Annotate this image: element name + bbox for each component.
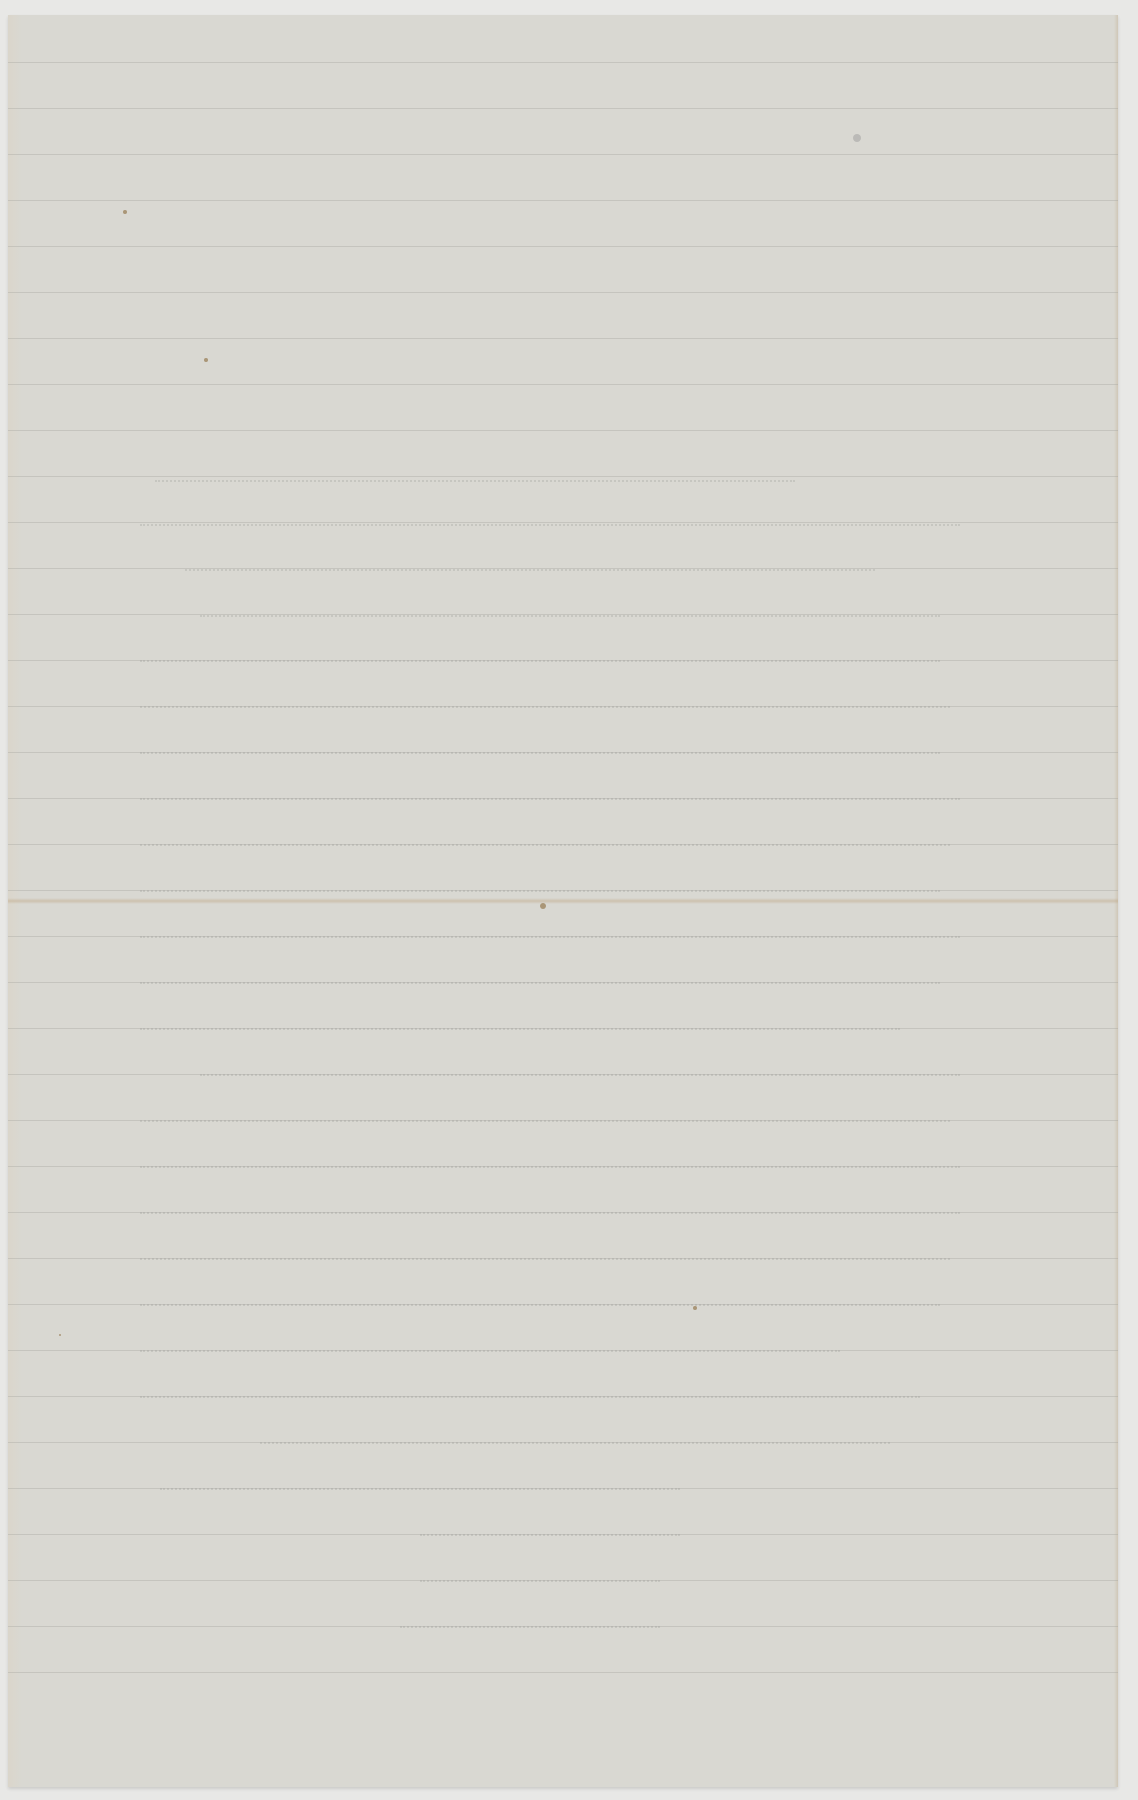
bleed-through-handwriting bbox=[200, 1062, 960, 1076]
foxing-spot bbox=[204, 358, 208, 362]
bleed-through-handwriting bbox=[420, 1522, 680, 1536]
ruled-line bbox=[8, 62, 1118, 63]
bleed-through-handwriting bbox=[140, 740, 940, 754]
foxing-spot bbox=[693, 1306, 697, 1310]
ruled-line bbox=[8, 338, 1118, 339]
ruled-line bbox=[8, 384, 1118, 385]
ruled-line bbox=[8, 108, 1118, 109]
foxing-spot bbox=[540, 903, 546, 909]
paper-sheet: Blank ruled page with faint bleed-throug… bbox=[8, 15, 1118, 1787]
bleed-through-handwriting bbox=[140, 832, 950, 846]
bleed-through-handwriting bbox=[160, 1476, 680, 1490]
ruled-line bbox=[8, 246, 1118, 247]
ruled-line bbox=[8, 1672, 1118, 1673]
bleed-through-handwriting bbox=[140, 1246, 950, 1260]
ruled-line bbox=[8, 430, 1118, 431]
bleed-through-handwriting bbox=[185, 557, 875, 571]
bleed-through-handwriting bbox=[140, 1200, 960, 1214]
bleed-through-handwriting bbox=[140, 648, 940, 662]
foxing-spot bbox=[853, 134, 861, 142]
bleed-through-handwriting bbox=[140, 924, 960, 938]
bleed-through-handwriting bbox=[140, 1292, 940, 1306]
bleed-through-handwriting bbox=[140, 694, 950, 708]
bleed-through-handwriting bbox=[140, 1154, 960, 1168]
foxing-spot bbox=[59, 1334, 61, 1336]
ruled-line bbox=[8, 292, 1118, 293]
bleed-through-handwriting bbox=[140, 1016, 900, 1030]
bleed-through-handwriting bbox=[140, 970, 940, 984]
bleed-through-handwriting bbox=[140, 1384, 920, 1398]
bleed-through-handwriting bbox=[420, 1568, 660, 1582]
document-caption: Blank ruled page with faint bleed-throug… bbox=[8, 15, 9, 16]
foxing-spot bbox=[123, 210, 127, 214]
bleed-through-handwriting bbox=[400, 1614, 660, 1628]
fold-crease bbox=[8, 898, 1118, 904]
ruled-line bbox=[8, 200, 1118, 201]
bleed-through-handwriting bbox=[140, 878, 940, 892]
bleed-through-handwriting bbox=[140, 512, 960, 526]
bleed-through-handwriting bbox=[140, 786, 960, 800]
bleed-through-handwriting bbox=[140, 1108, 950, 1122]
ruled-line bbox=[8, 154, 1118, 155]
bleed-through-handwriting bbox=[155, 468, 795, 482]
bleed-through-handwriting bbox=[260, 1430, 890, 1444]
bleed-through-handwriting bbox=[200, 603, 940, 617]
bleed-through-handwriting bbox=[140, 1338, 840, 1352]
